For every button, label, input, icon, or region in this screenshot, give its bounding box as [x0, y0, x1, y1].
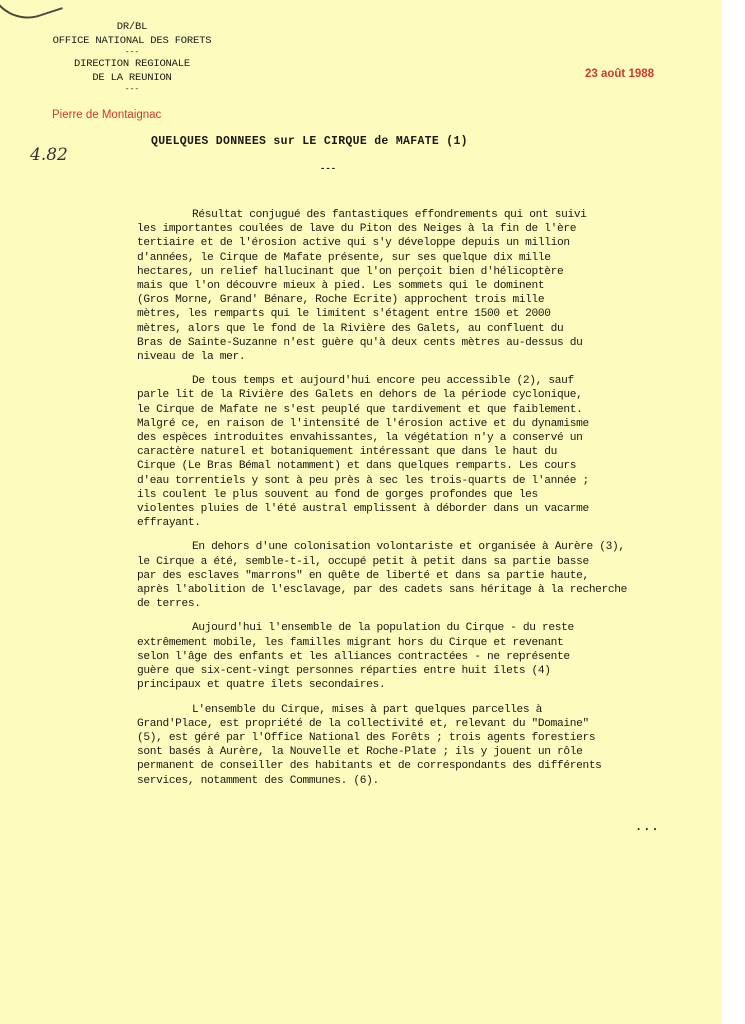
paragraph-1: Résultat conjugué des fantastiques effon…	[137, 208, 677, 364]
paragraph-2: De tous temps et aujourd'hui encore peu …	[137, 374, 677, 530]
document-date: 23 août 1988	[585, 68, 654, 80]
paragraph-4: Aujourd'hui l'ensemble de la population …	[137, 621, 677, 692]
header-separator-2: ---	[32, 85, 232, 94]
letterhead: DR/BL OFFICE NATIONAL DES FORETS --- DIR…	[32, 20, 232, 94]
reference-code: DR/BL	[32, 20, 232, 34]
direction-line-2: DE LA REUNION	[32, 71, 232, 85]
author-name: Pierre de Montaignac	[52, 109, 161, 121]
organization-name: OFFICE NATIONAL DES FORETS	[32, 34, 232, 48]
scan-margin	[722, 0, 745, 1024]
paragraph-5: L'ensemble du Cirque, mises à part quelq…	[137, 703, 677, 788]
handwritten-note: 4.82	[30, 145, 68, 165]
document-title: QUELQUES DONNEES sur LE CIRQUE de MAFATE…	[151, 135, 468, 148]
document-body: Résultat conjugué des fantastiques effon…	[137, 208, 677, 798]
continuation-mark: ...	[635, 820, 660, 834]
header-separator: ---	[32, 48, 232, 57]
document-page: DR/BL OFFICE NATIONAL DES FORETS --- DIR…	[0, 0, 722, 1024]
title-separator: ---	[320, 164, 336, 174]
direction-line-1: DIRECTION REGIONALE	[32, 57, 232, 71]
paragraph-3: En dehors d'une colonisation volontarist…	[137, 540, 677, 611]
